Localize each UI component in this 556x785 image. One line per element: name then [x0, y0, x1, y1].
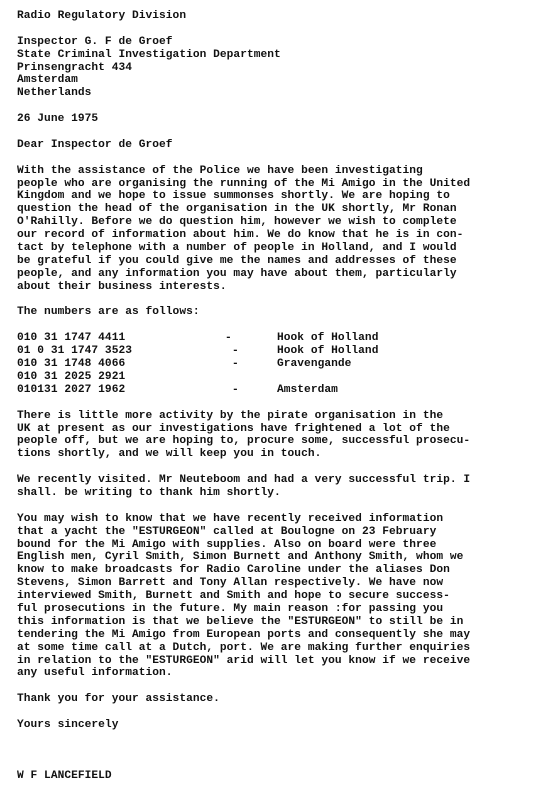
phone-number: 01 0 31 1747 3523: [17, 345, 225, 358]
text-line: shall. be writing to thank him shortly.: [17, 487, 470, 500]
text-line: Kingdom and we hope to issue summonses s…: [17, 190, 470, 203]
phone-location: Gravengande: [277, 358, 351, 371]
text-line: ful prosecutions in the future. My main …: [17, 603, 470, 616]
text-line: tact by telephone with a number of peopl…: [17, 242, 470, 255]
letter-header: Radio Regulatory Division: [17, 10, 470, 23]
text-line: be grateful if you could give me the nam…: [17, 255, 470, 268]
text-line: tions shortly, and we will keep you in t…: [17, 448, 470, 461]
text-line: tendering the Mi Amigo from European por…: [17, 629, 470, 642]
separator-dash: -: [225, 384, 277, 397]
thanks-line: Thank you for your assistance.: [17, 693, 470, 706]
text-line: interviewed Smith, Burnett and Smith and…: [17, 590, 470, 603]
text-line: There is little more activity by the pir…: [17, 410, 470, 423]
salutation: Dear Inspector de Groef: [17, 139, 470, 152]
phone-location: Amsterdam: [277, 384, 338, 397]
phone-location: Hook of Holland: [277, 332, 378, 345]
text-line: any useful information.: [17, 667, 470, 680]
closing: Yours sincerely: [17, 719, 470, 732]
recipient-line: Amsterdam: [17, 74, 470, 87]
recipient-line: Netherlands: [17, 87, 470, 100]
text-line: about their business interests.: [17, 281, 470, 294]
text-line: bound for the Mi Amigo with supplies. Al…: [17, 539, 470, 552]
separator-dash: -: [225, 345, 277, 358]
text-line: our record of information about him. We …: [17, 229, 470, 242]
phone-number-row: 010 31 2025 2921: [17, 371, 470, 384]
phone-number: 010 31 2025 2921: [17, 371, 225, 384]
signature: W F LANCEFIELD: [17, 770, 470, 783]
phone-location: Hook of Holland: [277, 345, 378, 358]
letter-date: 26 June 1975: [17, 113, 470, 126]
recipient-line: Inspector G. F de Groef: [17, 36, 470, 49]
text-line: people who are organising the running of…: [17, 178, 470, 191]
separator-dash: -: [225, 332, 277, 345]
text-line: O'Rahilly. Before we do question him, ho…: [17, 216, 470, 229]
paragraph-3: We recently visited. Mr Neuteboom and ha…: [17, 474, 470, 500]
recipient-address: Inspector G. F de Groef State Criminal I…: [17, 36, 470, 100]
phone-number: 010 31 1747 4411: [17, 332, 225, 345]
paragraph-2: There is little more activity by the pir…: [17, 410, 470, 462]
text-line: question the head of the organisation in…: [17, 203, 470, 216]
numbers-intro: The numbers are as follows:: [17, 306, 470, 319]
text-line: that a yacht the "ESTURGEON" called at B…: [17, 526, 470, 539]
text-line: English men, Cyril Smith, Simon Burnett …: [17, 551, 470, 564]
phone-number-list: 010 31 1747 4411 - Hook of Holland 01 0 …: [17, 332, 470, 396]
phone-number-row: 010 31 1747 4411 - Hook of Holland: [17, 332, 470, 345]
recipient-line: Prinsengracht 434: [17, 62, 470, 75]
phone-number: 010131 2027 1962: [17, 384, 225, 397]
letter: Radio Regulatory Division Inspector G. F…: [17, 10, 470, 783]
separator-dash: [225, 371, 277, 384]
paragraph-1: With the assistance of the Police we hav…: [17, 165, 470, 294]
recipient-line: State Criminal Investigation Department: [17, 49, 470, 62]
paragraph-4: You may wish to know that we have recent…: [17, 513, 470, 681]
text-line: UK at present as our investigations have…: [17, 423, 470, 436]
phone-number-row: 01 0 31 1747 3523 - Hook of Holland: [17, 345, 470, 358]
text-line: in relation to the "ESTURGEON" arid will…: [17, 655, 470, 668]
text-line: We recently visited. Mr Neuteboom and ha…: [17, 474, 470, 487]
phone-number-row: 010131 2027 1962 - Amsterdam: [17, 384, 470, 397]
text-line: at some time call at a Dutch, port. We a…: [17, 642, 470, 655]
text-line: this information is that we believe the …: [17, 616, 470, 629]
separator-dash: -: [225, 358, 277, 371]
text-line: know to make broadcasts for Radio Caroli…: [17, 564, 470, 577]
text-line: people, and any information you may have…: [17, 268, 470, 281]
text-line: With the assistance of the Police we hav…: [17, 165, 470, 178]
phone-number-row: 010 31 1748 4066 - Gravengande: [17, 358, 470, 371]
text-line: You may wish to know that we have recent…: [17, 513, 470, 526]
phone-number: 010 31 1748 4066: [17, 358, 225, 371]
text-line: Stevens, Simon Barrett and Tony Allan re…: [17, 577, 470, 590]
text-line: people off, but we are hoping to, procur…: [17, 435, 470, 448]
